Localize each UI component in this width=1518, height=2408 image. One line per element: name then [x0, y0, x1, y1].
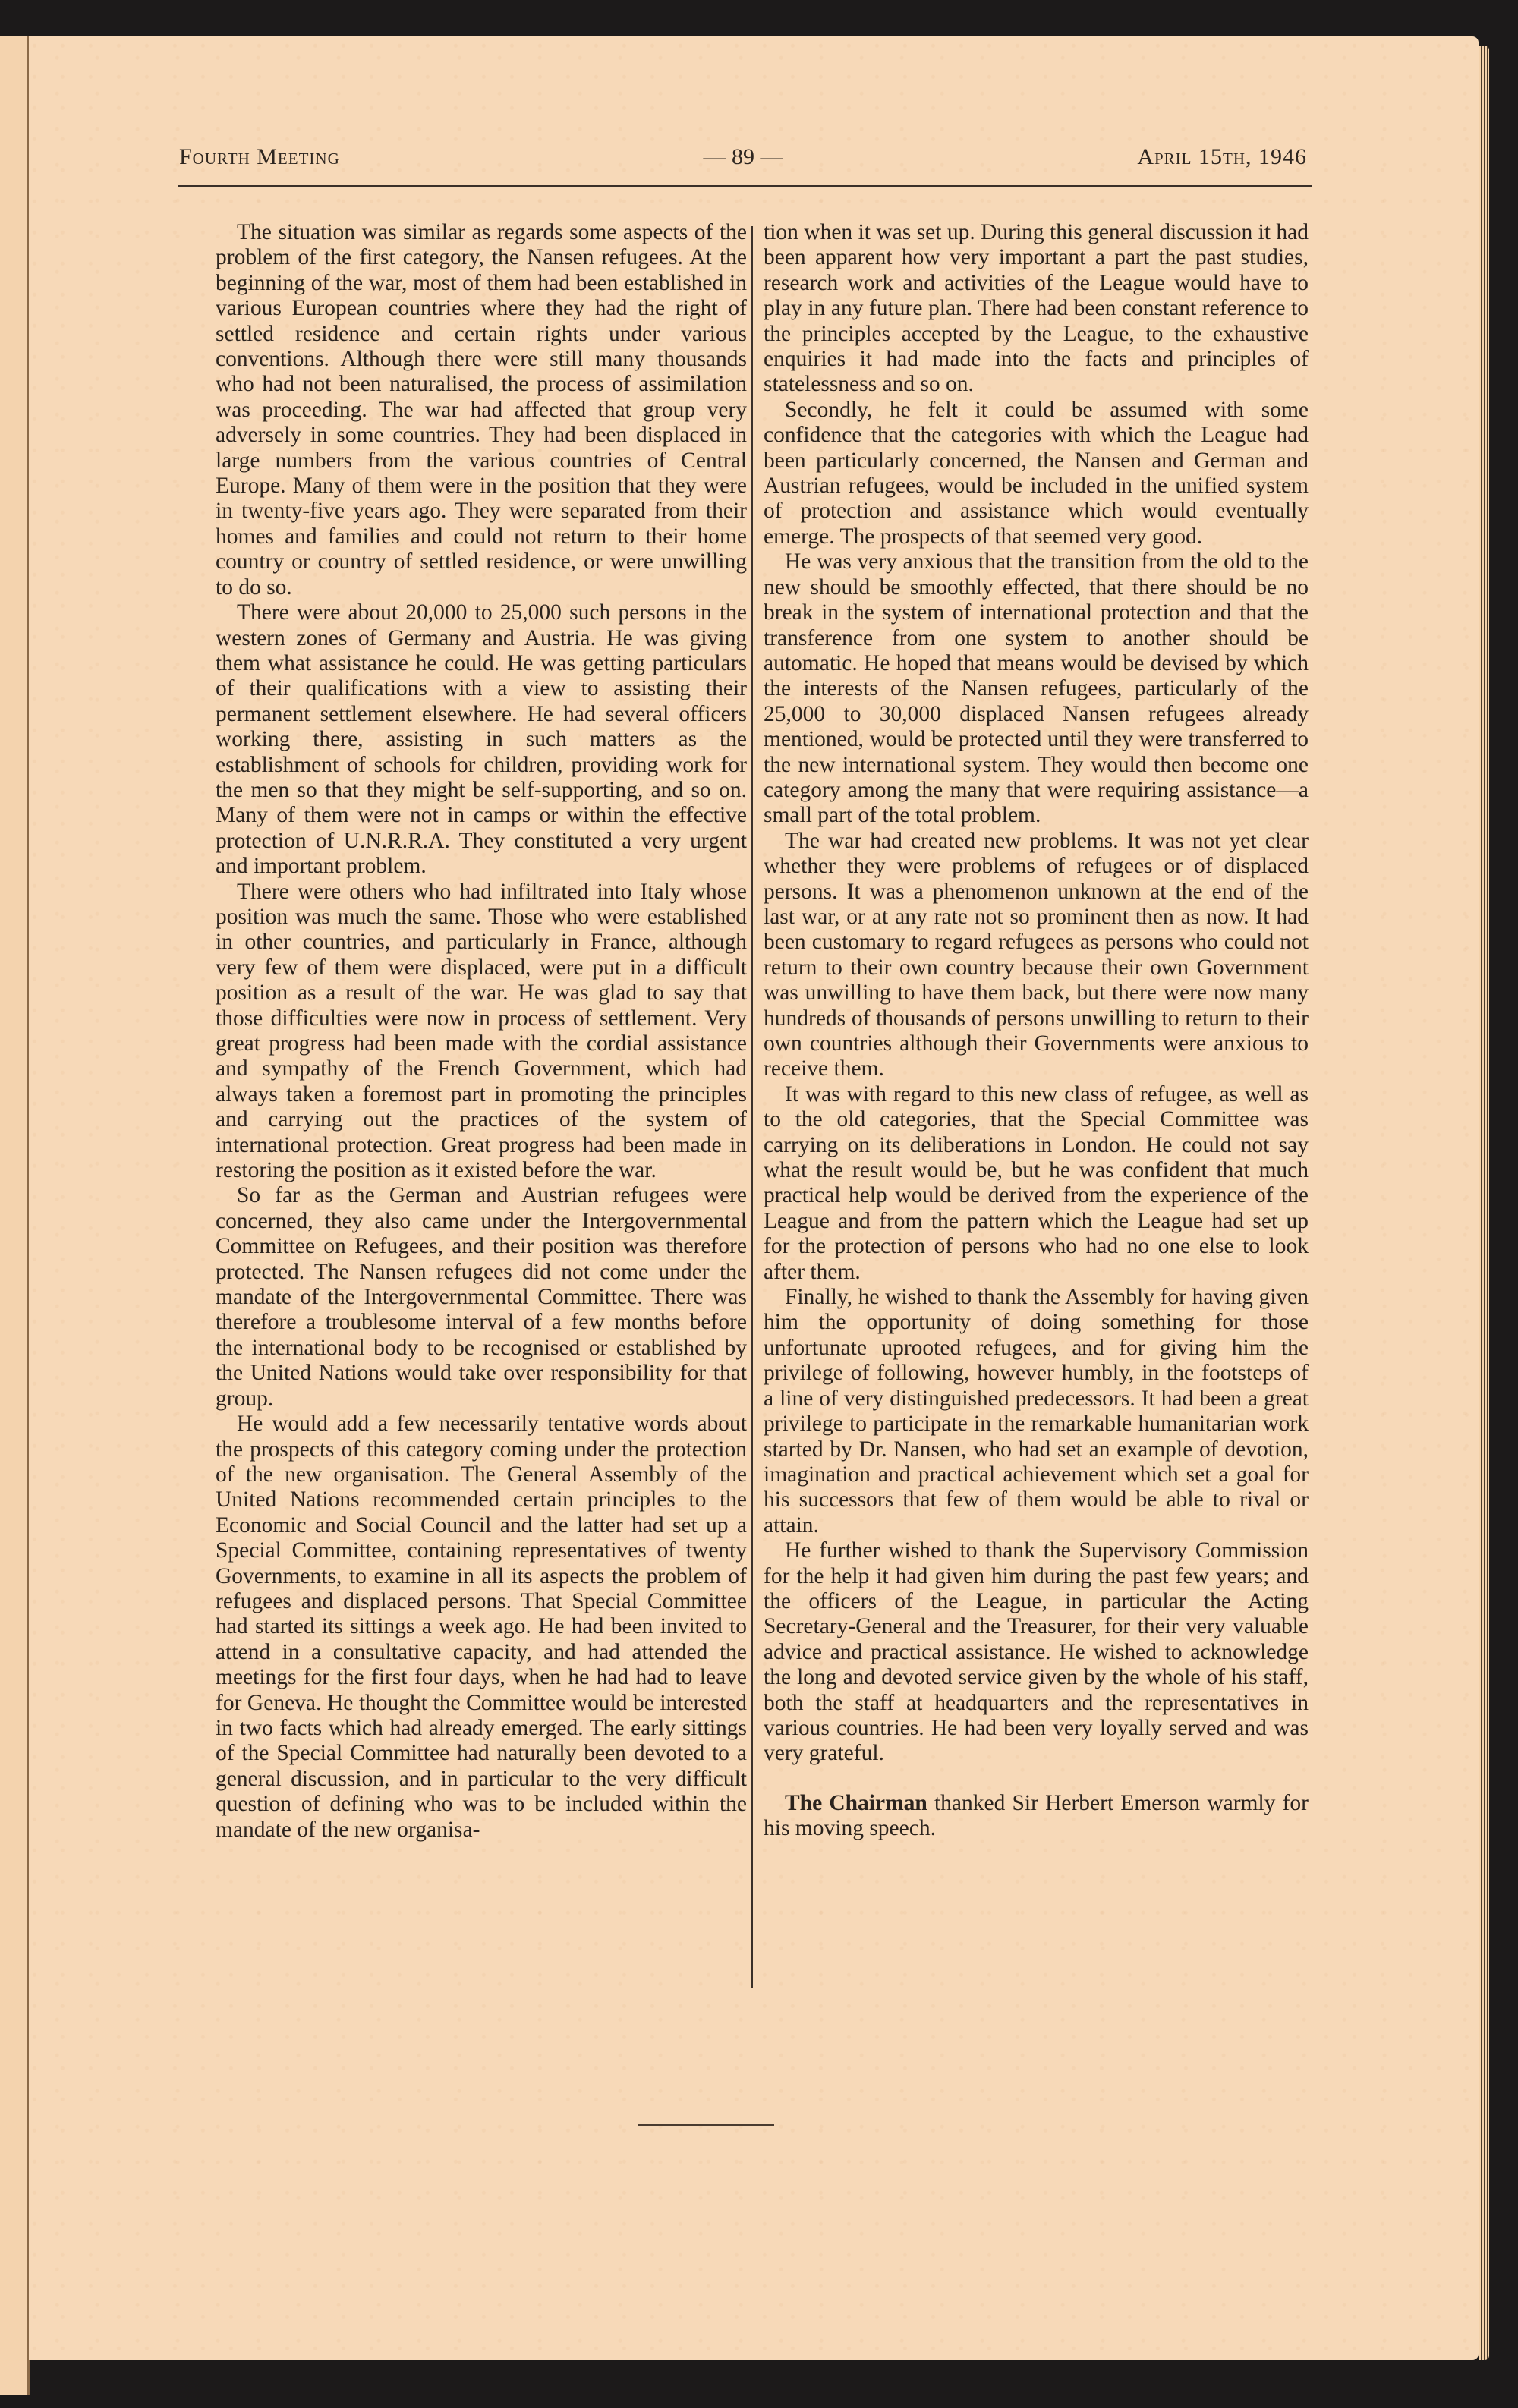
- left-column: The situation was similar as regards som…: [216, 220, 747, 1843]
- section-end-rule: [638, 2124, 774, 2126]
- previous-page-edge: [0, 36, 30, 2395]
- paragraph: The war had created new problems. It was…: [764, 829, 1309, 1082]
- paragraph-continued: tion when it was set up. During this gen…: [764, 220, 1309, 398]
- paragraph: It was with regard to this new class of …: [764, 1082, 1309, 1285]
- paragraph: He further wished to thank the Superviso…: [764, 1538, 1309, 1767]
- page-stack-edges: [1479, 46, 1489, 2360]
- meeting-date: April 15th, 1946: [1137, 144, 1307, 170]
- paragraph: Secondly, he felt it could be assumed wi…: [764, 398, 1309, 549]
- header-rule: [178, 185, 1312, 187]
- paragraph: So far as the German and Austrian refuge…: [216, 1183, 747, 1412]
- paragraph: There were others who had infiltrated in…: [216, 880, 747, 1184]
- chairman-remark: The Chairman thanked Sir Herbert Emerson…: [764, 1791, 1309, 1842]
- column-divider: [751, 226, 753, 1988]
- running-header: Fourth Meeting — 89 — April 15th, 1946: [179, 144, 1307, 175]
- paragraph: He was very anxious that the transition …: [764, 549, 1309, 828]
- speaker-name: The Chairman: [785, 1791, 927, 1815]
- right-column: tion when it was set up. During this gen…: [764, 220, 1309, 1842]
- paragraph: The situation was similar as regards som…: [216, 220, 747, 600]
- paragraph: Finally, he wished to thank the Assembly…: [764, 1285, 1309, 1538]
- paragraph: He would add a few necessarily tentative…: [216, 1412, 747, 1843]
- paragraph: There were about 20,000 to 25,000 such p…: [216, 600, 747, 879]
